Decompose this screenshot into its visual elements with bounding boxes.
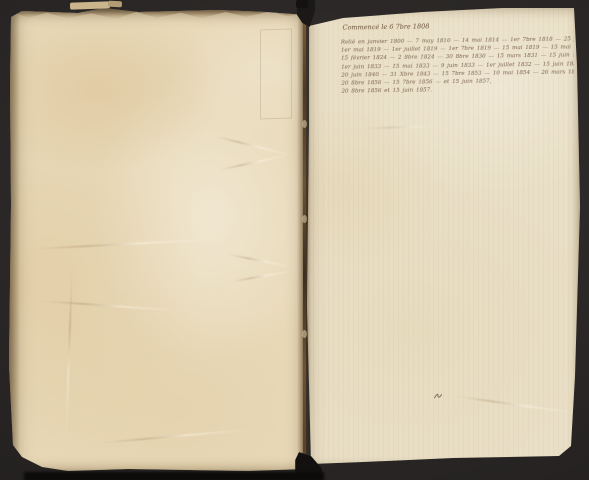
torn-paper-fragment bbox=[70, 1, 110, 9]
binding-stitch bbox=[302, 215, 307, 223]
spine-fold-line bbox=[303, 10, 306, 466]
torn-paper-fragment bbox=[108, 1, 122, 8]
ink-squiggle-mark bbox=[433, 390, 443, 400]
crease-mark bbox=[230, 269, 295, 282]
inscription-title: Commencé le 6 7bre 1808 bbox=[343, 20, 574, 32]
worn-top-edge bbox=[8, 5, 306, 19]
book-scan: Commencé le 6 7bre 1808 Relié en janvier… bbox=[0, 0, 589, 480]
crease-mark bbox=[38, 300, 188, 312]
crease-mark bbox=[453, 395, 582, 415]
crease-mark bbox=[65, 265, 73, 445]
right-page-flyleaf: Commencé le 6 7bre 1808 Relié en janvier… bbox=[303, 6, 580, 470]
spine-top-tab bbox=[296, 0, 308, 8]
left-page-inside-cover bbox=[8, 5, 306, 474]
crease-mark bbox=[98, 428, 258, 444]
crease-mark bbox=[214, 135, 294, 157]
inscription-line: 20 8bre 1856 et 15 juin 1857. bbox=[341, 86, 491, 96]
worn-left-edge bbox=[8, 5, 20, 474]
binding-stitch bbox=[302, 120, 307, 128]
crease-mark bbox=[28, 238, 228, 250]
binding-stitch bbox=[302, 330, 307, 338]
handwritten-inscription: Commencé le 6 7bre 1808 Relié en janvier… bbox=[341, 20, 575, 96]
crease-mark bbox=[363, 124, 453, 129]
paper-ghost-impression bbox=[260, 28, 292, 119]
crease-mark bbox=[219, 153, 294, 171]
cover-bottom-shadow bbox=[24, 472, 324, 480]
crease-mark bbox=[226, 253, 297, 269]
